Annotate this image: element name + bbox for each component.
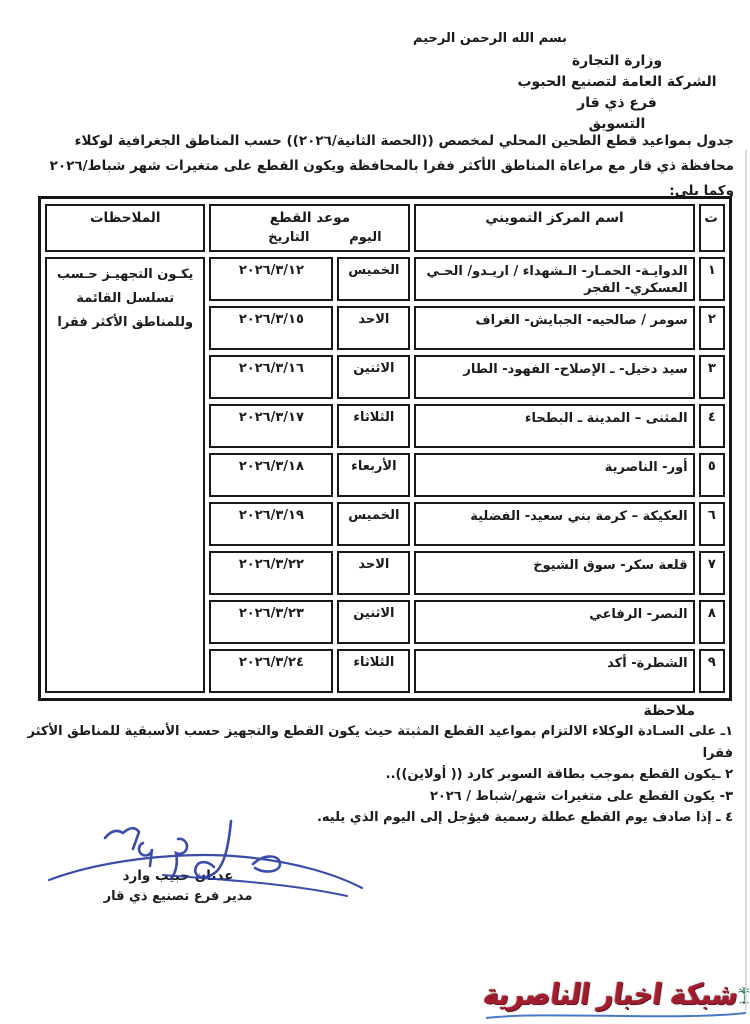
row-center-name: أور- الناصرية (414, 453, 694, 497)
row-date: ٢٠٢٦/٣/١٢ (209, 257, 333, 301)
row-date: ٢٠٢٦/٣/١٩ (209, 502, 333, 546)
signature-stroke (105, 828, 139, 849)
watermark-text: شبكة اخبار الناصرية (482, 978, 741, 1012)
footnotes-section: ملاحظة ١ـ على السـادة الوكلاء الالتزام ب… (17, 703, 733, 829)
letterhead-ministry: وزارة التجارة (502, 51, 732, 72)
row-day: الخميس (337, 502, 410, 546)
row-index: ٦ (699, 502, 725, 546)
signatory-name: عدنان حبيب وارد (88, 868, 268, 884)
row-day: الثلاثاء (337, 404, 410, 448)
row-day: الاثنين (337, 600, 410, 644)
header-sub-row: اليوم التاريخ (216, 230, 403, 245)
footnote-item-1: ١ـ على السـادة الوكلاء الالتزام بمواعيد … (17, 721, 733, 764)
scan-edge-artifact (745, 150, 747, 1010)
header-index: ت (699, 204, 725, 252)
intro-paragraph: جدول بمواعيد قطع الطحين المحلي لمخصص ((ا… (28, 129, 734, 204)
row-day: الثلاثاء (337, 649, 410, 693)
row-center-name: العكيكة – كرمة بني سعيد- الفضلية (414, 502, 694, 546)
row-date: ٢٠٢٦/٣/١٨ (209, 453, 333, 497)
row-day: الأربعاء (337, 453, 410, 497)
header-date-label: التاريخ (216, 230, 327, 245)
row-date: ٢٠٢٦/٣/١٧ (209, 404, 333, 448)
row-center-name: المثنى – المدينة ـ البطحاء (414, 404, 694, 448)
row-center-name: الدوايـة- الحمـار- الـشهداء / اريـدو/ ال… (414, 257, 694, 301)
row-center-name: سومر / صالحيه- الجبايش- الغراف (414, 306, 694, 350)
flour-cut-schedule-table: ت اسم المركز التمويني موعد القطع اليوم ا… (38, 196, 732, 701)
header-notes: الملاحظات (45, 204, 205, 252)
row-day: الاحد (337, 306, 410, 350)
row-day: الخميس (337, 257, 410, 301)
letterhead-company: الشركة العامة لتصنيع الحبوب (502, 72, 732, 93)
letterhead: وزارة التجارة الشركة العامة لتصنيع الحبو… (502, 51, 732, 135)
footnote-item-4: ٤ ـ إذا صادف يوم القطع عطلة رسمية فيؤجل … (17, 807, 733, 829)
row-date: ٢٠٢٦/٣/١٦ (209, 355, 333, 399)
table-header-row: ت اسم المركز التمويني موعد القطع اليوم ا… (45, 204, 725, 252)
row-index: ٢ (699, 306, 725, 350)
row-index: ٧ (699, 551, 725, 595)
watermark-underline (484, 1009, 750, 1021)
footnote-item-2: ٢ ـيكون القطع بموجب بطاقة السوبر كارد ((… (17, 764, 733, 786)
row-date: ٢٠٢٦/٣/٢٢ (209, 551, 333, 595)
header-appointment-label: موعد القطع (216, 210, 403, 226)
row-center-name: الشطرة- أكد (414, 649, 694, 693)
signatory-title: مدير فرع تصنيع ذي قار (88, 889, 268, 904)
notes-merged-cell: يكـون التجهيـز حـسب تسلسل القائمة وللمنا… (45, 257, 205, 693)
row-center-name: قلعة سكر- سوق الشيوخ (414, 551, 694, 595)
row-index: ١ (699, 257, 725, 301)
row-index: ٥ (699, 453, 725, 497)
header-cut-appointment: موعد القطع اليوم التاريخ (209, 204, 410, 252)
scanned-document-page: بسم الله الرحمن الرحيم وزارة التجارة الش… (0, 0, 750, 1024)
row-date: ٢٠٢٦/٣/٢٣ (209, 600, 333, 644)
letterhead-branch: فرع ذي قار (502, 93, 732, 114)
header-day-label: اليوم (327, 230, 403, 245)
row-index: ٩ (699, 649, 725, 693)
signature-stroke (139, 843, 152, 866)
row-date: ٢٠٢٦/٣/١٥ (209, 306, 333, 350)
row-index: ٣ (699, 355, 725, 399)
footnotes-title: ملاحظة (17, 703, 733, 719)
row-date: ٢٠٢٦/٣/٢٤ (209, 649, 333, 693)
row-day: الاثنين (337, 355, 410, 399)
footnote-item-3: ٣- يكون القطع على متغيرات شهر/شباط / ٢٠٢… (17, 786, 733, 808)
bismillah-text: بسم الله الرحمن الرحيم (330, 31, 650, 46)
row-day: الاحد (337, 551, 410, 595)
row-index: ٨ (699, 600, 725, 644)
table-row: ١ الدوايـة- الحمـار- الـشهداء / اريـدو/ … (45, 257, 725, 301)
header-center-name: اسم المركز التمويني (414, 204, 694, 252)
row-index: ٤ (699, 404, 725, 448)
row-center-name: سيد دخيل- ـ الإصلاح- الفهود- الطار (414, 355, 694, 399)
row-center-name: النصر- الرفاعي (414, 600, 694, 644)
news-network-watermark: شبكة اخبار الناصرية (484, 969, 750, 1021)
